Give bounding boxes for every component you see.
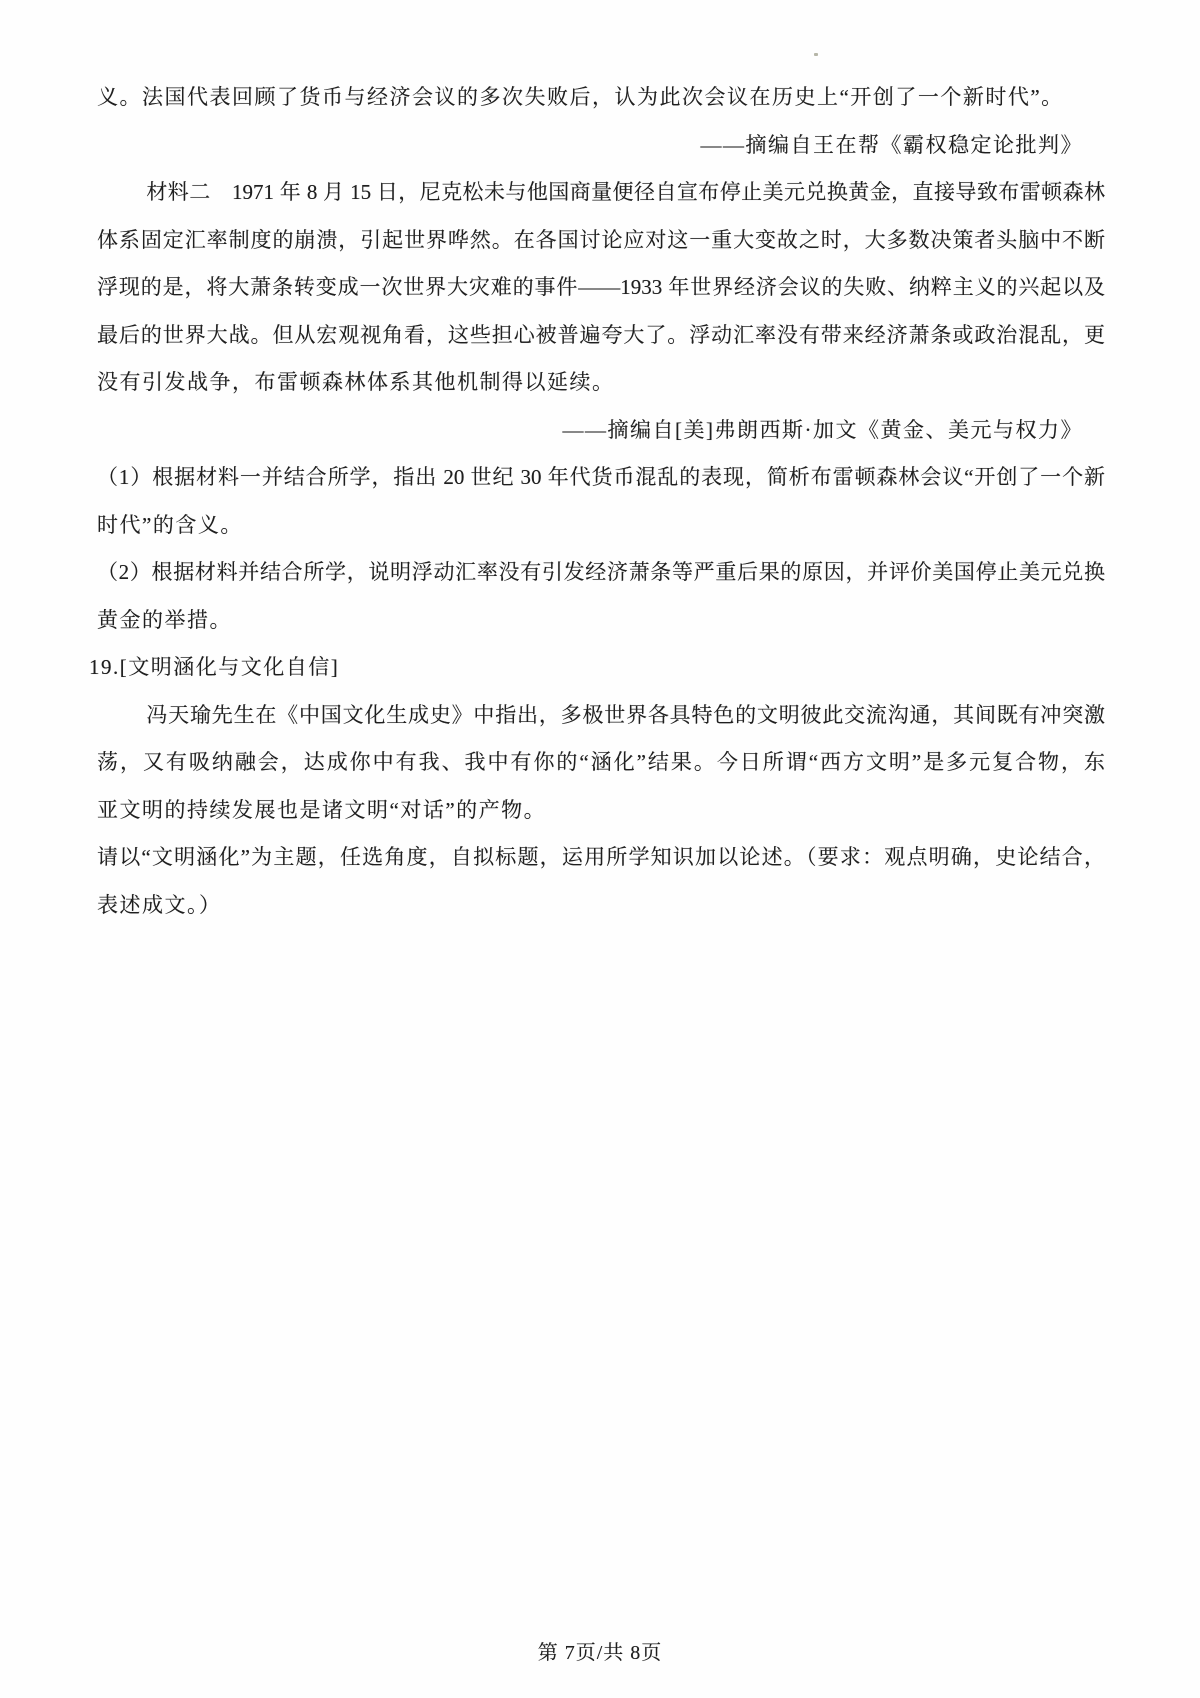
text-line: 表述成文。）: [97, 882, 1105, 930]
text-line: 浮现的是，将大萧条转变成一次世界大灾难的事件——1933 年世界经济会议的失败、…: [97, 264, 1105, 312]
text-line: 时代”的含义。: [97, 502, 1105, 550]
scan-speck-artifact: [814, 53, 818, 56]
text-line: 亚文明的持续发展也是诸文明“对话”的产物。: [97, 787, 1105, 835]
text-line: 材料二 1971 年 8 月 15 日，尼克松未与他国商量便径自宣布停止美元兑换…: [97, 169, 1105, 217]
text-line: ——摘编自王在帮《霸权稳定论批判》: [97, 122, 1105, 170]
text-line: （1）根据材料一并结合所学，指出 20 世纪 30 年代货币混乱的表现，简析布雷…: [97, 454, 1105, 502]
text-line: 体系固定汇率制度的崩溃，引起世界哗然。在各国讨论应对这一重大变故之时，大多数决策…: [97, 217, 1105, 265]
text-line: 19.[文明涵化与文化自信]: [89, 644, 1105, 692]
document-body: 义。法国代表回顾了货币与经济会议的多次失败后，认为此次会议在历史上“开创了一个新…: [97, 74, 1105, 929]
text-line: ——摘编自[美]弗朗西斯·加文《黄金、美元与权力》: [97, 407, 1105, 455]
text-line: 最后的世界大战。但从宏观视角看，这些担心被普遍夸大了。浮动汇率没有带来经济萧条或…: [97, 312, 1105, 360]
text-line: 请以“文明涵化”为主题，任选角度，自拟标题，运用所学知识加以论述。（要求：观点明…: [97, 834, 1105, 882]
text-line: 没有引发战争，布雷顿森林体系其他机制得以延续。: [97, 359, 1105, 407]
text-line: （2）根据材料并结合所学，说明浮动汇率没有引发经济萧条等严重后果的原因，并评价美…: [97, 549, 1105, 597]
exam-paper-page: 义。法国代表回顾了货币与经济会议的多次失败后，认为此次会议在历史上“开创了一个新…: [0, 0, 1200, 1698]
text-line: 冯天瑜先生在《中国文化生成史》中指出，多极世界各具特色的文明彼此交流沟通，其间既…: [97, 692, 1105, 740]
page-footer: 第 7页/共 8页: [0, 1636, 1200, 1665]
page-number-label: 第 7页/共 8页: [538, 1642, 663, 1664]
text-line: 荡，又有吸纳融会，达成你中有我、我中有你的“涵化”结果。今日所谓“西方文明”是多…: [97, 739, 1105, 787]
text-line: 义。法国代表回顾了货币与经济会议的多次失败后，认为此次会议在历史上“开创了一个新…: [97, 74, 1105, 122]
text-line: 黄金的举措。: [97, 597, 1105, 645]
